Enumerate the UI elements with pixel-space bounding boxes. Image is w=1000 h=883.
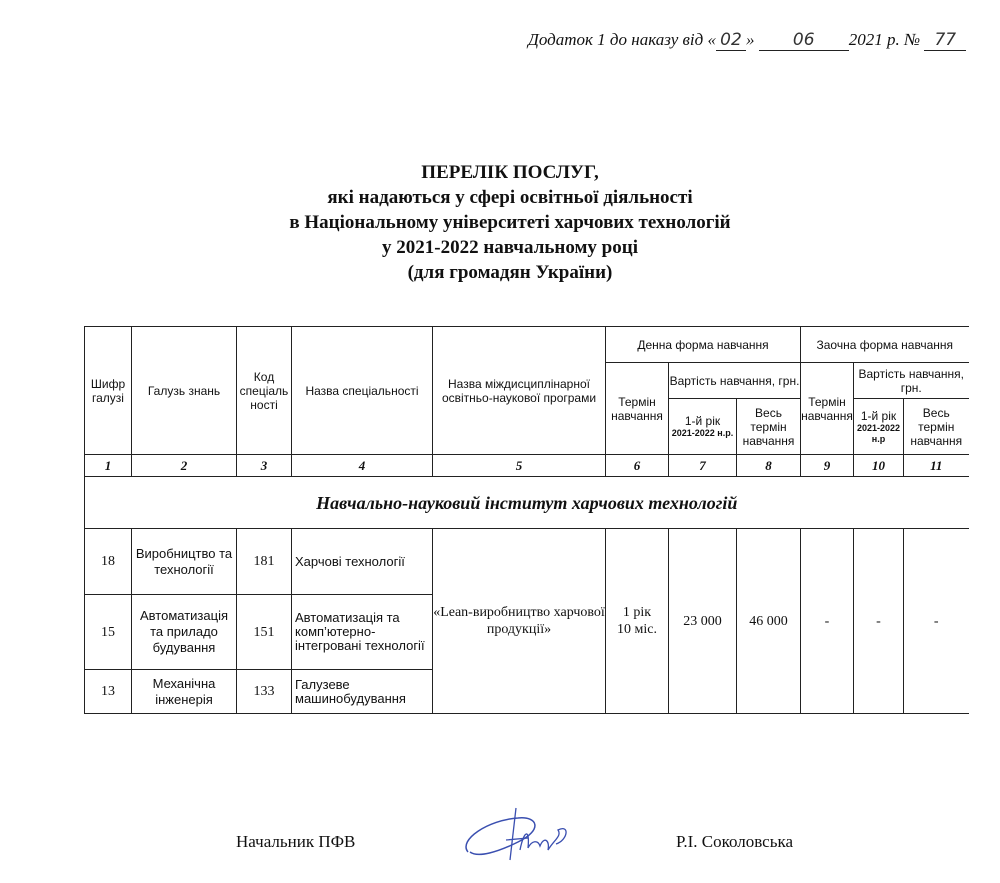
header-day-cost: Вартість навчання, грн. <box>669 363 801 399</box>
title-line: в Національному університеті харчових те… <box>20 210 1000 235</box>
column-number: 4 <box>292 455 433 477</box>
header-ext-cost: Вартість навчання, грн. <box>854 363 969 399</box>
day-full-cell: 46 000 <box>737 529 801 714</box>
row-code: 13 <box>85 670 132 714</box>
annex-prefix: Додаток 1 до наказу від « <box>528 30 716 49</box>
signatory-name: Р.І. Соколовська <box>676 832 793 852</box>
row-code: 15 <box>85 595 132 670</box>
row-spec-name: Харчові технології <box>292 529 433 595</box>
row-field: Механічна інженерія <box>132 670 237 714</box>
column-number: 7 <box>669 455 737 477</box>
header-code: Шифр галузі <box>85 327 132 455</box>
row-field: Виробництво та технології <box>132 529 237 595</box>
header-program: Назва міждисциплінарної освітньо-науково… <box>433 327 606 455</box>
header-spec-code: Код спеціаль ності <box>237 327 292 455</box>
title-line: які надаються у сфері освітньої діяльнос… <box>20 185 1000 210</box>
header-day-term: Термін навчання <box>606 363 669 455</box>
header-day-form: Денна форма навчання <box>606 327 801 363</box>
column-number: 10 <box>854 455 904 477</box>
header-ext-term: Термін навчання <box>801 363 854 455</box>
column-number: 5 <box>433 455 606 477</box>
column-number: 9 <box>801 455 854 477</box>
annex-day: 02 <box>716 30 746 51</box>
column-number: 1 <box>85 455 132 477</box>
annex-number: 77 <box>924 30 966 51</box>
signatory-position: Начальник ПФВ <box>236 832 355 852</box>
title-line: (для громадян України) <box>20 260 1000 285</box>
row-spec-name: Автоматизація та комп’ютерно-інтегровані… <box>292 595 433 670</box>
header-field: Галузь знань <box>132 327 237 455</box>
header-day-full-term: Весь термін навчання <box>737 399 801 455</box>
row-spec-code: 181 <box>237 529 292 595</box>
ext-term-cell: - <box>801 529 854 714</box>
ext-full-cell: - <box>904 529 969 714</box>
row-spec-code: 151 <box>237 595 292 670</box>
document-title: ПЕРЕЛІК ПОСЛУГ, які надаються у сфері ос… <box>0 160 1000 285</box>
ext-first-year-cell: - <box>854 529 904 714</box>
annex-line: Додаток 1 до наказу від «02» 062021 р. №… <box>528 30 966 51</box>
first-year-label: 1-й рік <box>685 414 720 428</box>
first-year-label: 1-й рік <box>861 409 896 423</box>
header-spec-name: Назва спеціальності <box>292 327 433 455</box>
header-ext-first-year: 1-й рік2021-2022 н.р <box>854 399 904 455</box>
row-spec-name: Галузеве машинобудування <box>292 670 433 714</box>
column-number: 3 <box>237 455 292 477</box>
annex-quote: » <box>746 30 755 49</box>
program-cell: «Lean-виробництво харчової продукції» <box>433 529 606 714</box>
title-line: у 2021-2022 навчальному році <box>20 235 1000 260</box>
column-number: 11 <box>904 455 969 477</box>
row-field: Автоматизація та приладо будування <box>132 595 237 670</box>
institute-row: Навчально-науковий інститут харчових тех… <box>85 477 969 529</box>
column-number: 6 <box>606 455 669 477</box>
header-extramural-form: Заочна форма навчання <box>801 327 969 363</box>
annex-year: 2021 р. № <box>849 30 920 49</box>
signature-icon <box>458 800 588 875</box>
first-year-note: 2021-2022 н.р. <box>669 428 736 439</box>
header-ext-full-term: Весь термін навчання <box>904 399 969 455</box>
first-year-note: 2021-2022 н.р <box>854 423 903 445</box>
header-day-first-year: 1-й рік2021-2022 н.р. <box>669 399 737 455</box>
row-spec-code: 133 <box>237 670 292 714</box>
column-number: 2 <box>132 455 237 477</box>
column-number: 8 <box>737 455 801 477</box>
day-term-cell: 1 рік 10 міс. <box>606 529 669 714</box>
services-table: Шифр галузі Галузь знань Код спеціаль но… <box>84 326 969 714</box>
row-code: 18 <box>85 529 132 595</box>
table-row: 18 Виробництво та технології 181 Харчові… <box>85 529 969 595</box>
day-first-year-cell: 23 000 <box>669 529 737 714</box>
annex-month: 06 <box>759 30 849 51</box>
title-line: ПЕРЕЛІК ПОСЛУГ, <box>20 160 1000 185</box>
